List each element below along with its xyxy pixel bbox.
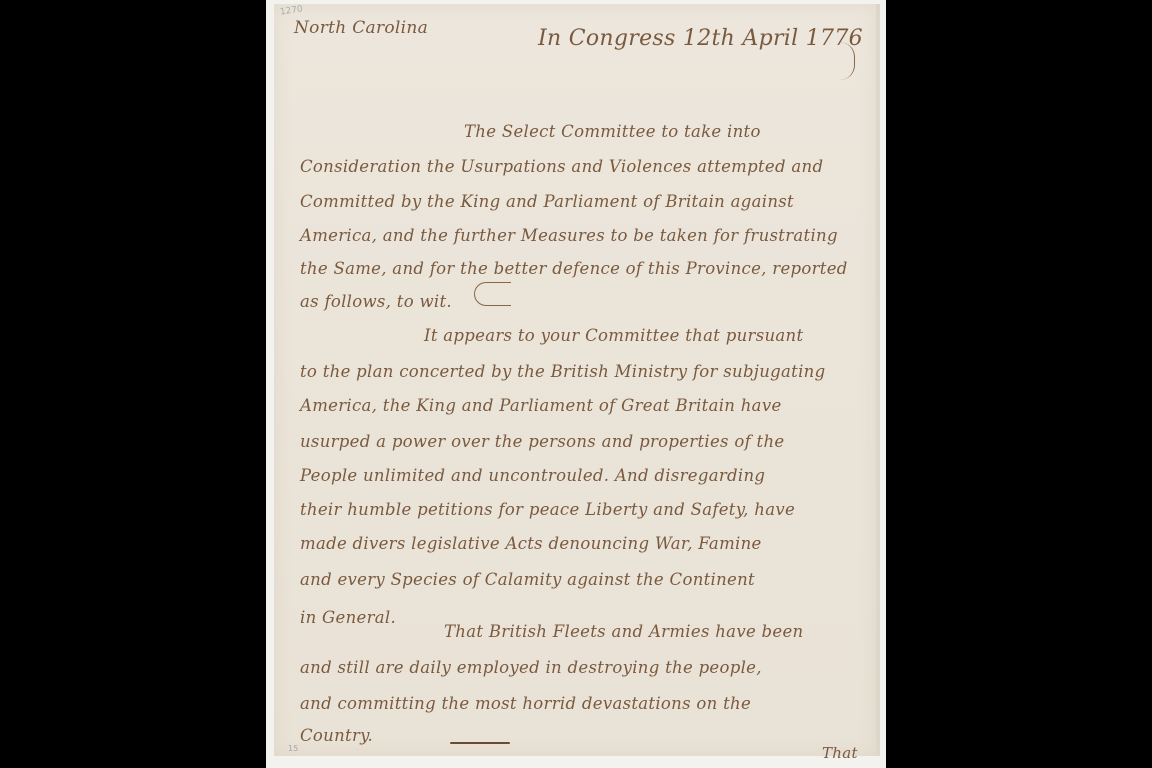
dateline: In Congress 12th April 1776 xyxy=(538,26,863,51)
catchword: That xyxy=(822,744,858,762)
image-viewer: 1270 North Carolina In Congress 12th Apr… xyxy=(0,0,1152,768)
text-line: usurped a power over the persons and pro… xyxy=(300,432,784,451)
corner-mark: 15 xyxy=(288,744,298,753)
ink-rule xyxy=(450,742,510,744)
text-line: Country. xyxy=(300,726,373,745)
text-line: Committed by the King and Parliament of … xyxy=(300,192,794,211)
text-line: America, and the further Measures to be … xyxy=(300,226,838,245)
text-line: and still are daily employed in destroyi… xyxy=(300,658,762,677)
text-line: and every Species of Calamity against th… xyxy=(300,570,755,589)
text-line: and committing the most horrid devastati… xyxy=(300,694,751,713)
text-line: as follows, to wit. xyxy=(300,292,452,311)
state-heading: North Carolina xyxy=(294,18,428,38)
text-line: in General. xyxy=(300,608,396,627)
text-line: their humble petitions for peace Liberty… xyxy=(300,500,795,519)
text-line: the Same, and for the better defence of … xyxy=(300,259,848,278)
text-line: The Select Committee to take into xyxy=(464,122,761,141)
text-line: America, the King and Parliament of Grea… xyxy=(300,396,782,415)
catalog-stamp: 1270 xyxy=(279,4,303,17)
text-line: to the plan concerted by the British Min… xyxy=(300,362,825,381)
text-line: It appears to your Committee that pursua… xyxy=(424,326,803,345)
manuscript-page: 1270 North Carolina In Congress 12th Apr… xyxy=(274,4,876,756)
document-mount: 1270 North Carolina In Congress 12th Apr… xyxy=(266,0,886,768)
flourish-mark xyxy=(474,282,511,306)
text-line: That British Fleets and Armies have been xyxy=(444,622,803,641)
text-line: made divers legislative Acts denouncing … xyxy=(300,534,762,553)
text-line: People unlimited and uncontrouled. And d… xyxy=(300,466,765,485)
text-line: Consideration the Usurpations and Violen… xyxy=(300,157,823,176)
